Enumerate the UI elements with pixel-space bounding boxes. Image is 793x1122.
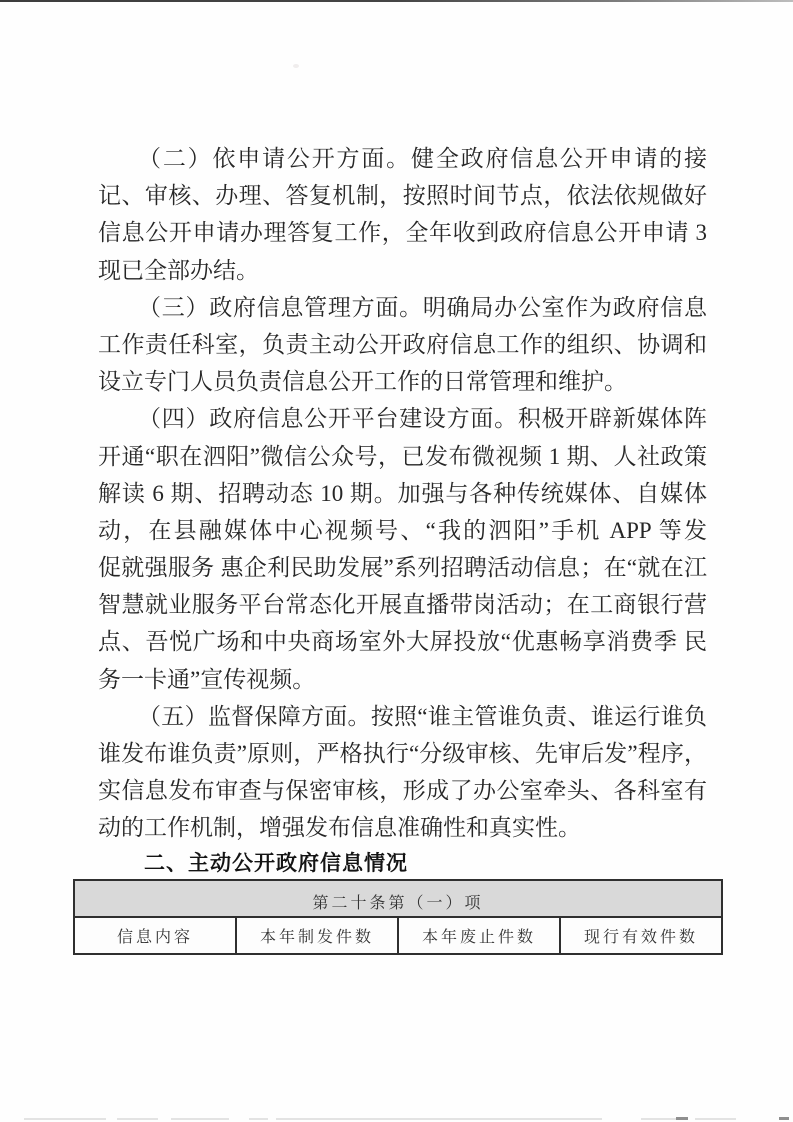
scan-mark-segment	[779, 1117, 789, 1120]
document-page: （二）依申请公开方面。健全政府信息公开申请的接收、登记、审核、办理、答复机制，按…	[0, 0, 793, 1122]
body-text-line: 动的工作机制，增强发布信息准确性和真实性。	[98, 809, 707, 846]
body-text-line: 促就强服务 惠企利民助发展”系列招聘活动信息；在“就在江苏”	[98, 549, 707, 586]
body-text-line: （三）政府信息管理方面。明确局办公室作为政府信息公开	[98, 289, 707, 326]
scan-mark-segment	[117, 1118, 158, 1120]
body-text-line: 实信息发布审查与保密审核，形成了办公室牵头、各科室有效联	[98, 772, 707, 809]
body-text-line: （五）监督保障方面。按照“谁主管谁负责、谁运行谁负责、	[98, 698, 707, 735]
scan-mark-segment	[676, 1117, 688, 1120]
scan-mark-segment	[276, 1118, 602, 1120]
scan-mark-segment	[249, 1118, 268, 1120]
body-text-line: 现已全部办结。	[98, 252, 707, 289]
info-disclosure-table: 第二十条第（一）项 信息内容本年制发件数本年废止件数现行有效件数	[73, 879, 723, 955]
section-heading: 二、主动公开政府信息情况	[144, 847, 408, 877]
scan-speck	[293, 64, 299, 68]
table-column-header: 信息内容	[74, 917, 236, 954]
body-text-line: 谁发布谁负责”原则，严格执行“分级审核、先审后发”程序，落	[98, 735, 707, 772]
body-text-line: 开通“职在泗阳”微信公众号，已发布微视频 1 期、人社政策宣传	[98, 438, 707, 475]
body-text-line: 记、审核、办理、答复机制，按照时间节点，依法依规做好政府	[98, 177, 707, 214]
body-text-line: 动，在县融媒体中心视频号、“我的泗阳”手机 APP 等发布“送岗	[98, 512, 707, 549]
scan-mark-segment	[171, 1118, 229, 1120]
body-text-line: （二）依申请公开方面。健全政府信息公开申请的接收、登	[98, 140, 707, 177]
body-text-line: 解读 6 期、招聘动态 10 期。加强与各种传统媒体、自媒体的互	[98, 475, 707, 512]
body-text-line: 信息公开申请办理答复工作，全年收到政府信息公开申请 3 件，	[98, 214, 707, 251]
body-text-line: 设立专门人员负责信息公开工作的日常管理和维护。	[98, 363, 707, 400]
table-column-header: 现行有效件数	[560, 917, 722, 954]
body-text-line: 工作责任科室，负责主动公开政府信息工作的组织、协调和督促，	[98, 326, 707, 363]
table-column-header: 本年废止件数	[398, 917, 560, 954]
table-column-header: 本年制发件数	[236, 917, 398, 954]
body-text-line: 务一卡通”宣传视频。	[98, 661, 707, 698]
body-text-line: 点、吾悦广场和中央商场室外大屏投放“优惠畅享消费季 民生服	[98, 623, 707, 660]
body-text-line: 智慧就业服务平台常态化开展直播带岗活动；在工商银行营业网	[98, 586, 707, 623]
scan-edge-top	[0, 0, 793, 2]
body-text-line: （四）政府信息公开平台建设方面。积极开辟新媒体阵地，	[98, 400, 707, 437]
table-span-row: 第二十条第（一）项	[74, 880, 722, 917]
scan-mark-segment	[695, 1118, 736, 1120]
table-column-header-row: 信息内容本年制发件数本年废止件数现行有效件数	[74, 917, 722, 954]
table-span-header: 第二十条第（一）项	[74, 880, 722, 917]
scan-mark-segment	[24, 1118, 106, 1120]
body-paragraphs: （二）依申请公开方面。健全政府信息公开申请的接收、登记、审核、办理、答复机制，按…	[98, 140, 707, 847]
